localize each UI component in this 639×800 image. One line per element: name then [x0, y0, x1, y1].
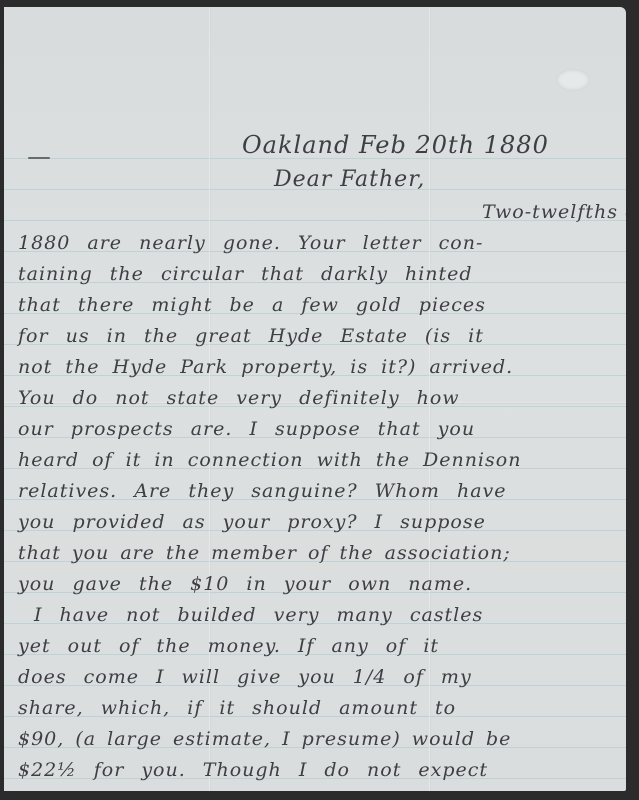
- letter-page: Oakland Feb 20th 1880 Dear Father, Two-t…: [4, 7, 626, 791]
- letter-line: you provided as your proxy? I suppose: [18, 511, 486, 533]
- letter-line: you gave the $10 in your own name.: [18, 573, 472, 595]
- letter-line: that there might be a few gold pieces: [18, 294, 486, 316]
- letter-line: yet out of the money. If any of it: [18, 635, 439, 657]
- letter-line: heard of it in connection with the Denni…: [18, 449, 521, 471]
- letter-place-date: Oakland Feb 20th 1880: [242, 131, 549, 159]
- letter-line: our prospects are. I suppose that you: [18, 418, 475, 440]
- embossed-stamp-mark: [556, 69, 590, 91]
- letter-line: $90, (a large estimate, I presume) would…: [18, 728, 511, 750]
- letter-salutation: Dear Father,: [274, 167, 425, 192]
- letter-line: $22½ for you. Though I do not expect: [18, 759, 488, 781]
- margin-dash-mark: [28, 157, 50, 159]
- letter-line: not the Hyde Park property, is it?) arri…: [18, 356, 513, 378]
- letter-line: I have not builded very many castles: [34, 604, 483, 626]
- letter-line: You do not state very definitely how: [18, 387, 460, 409]
- letter-line: taining the circular that darkly hinted: [18, 263, 473, 285]
- letter-line: that you are the member of the associati…: [18, 542, 511, 564]
- letter-line: share, which, if it should amount to: [18, 697, 456, 719]
- letter-line: 1880 are nearly gone. Your letter con-: [18, 232, 483, 254]
- letter-line: Two-twelfths of: [482, 201, 626, 223]
- letter-line: relatives. Are they sanguine? Whom have: [18, 480, 507, 502]
- letter-line: does come I will give you 1/4 of my: [18, 666, 472, 688]
- letter-line: for us in the great Hyde Estate (is it: [18, 325, 484, 347]
